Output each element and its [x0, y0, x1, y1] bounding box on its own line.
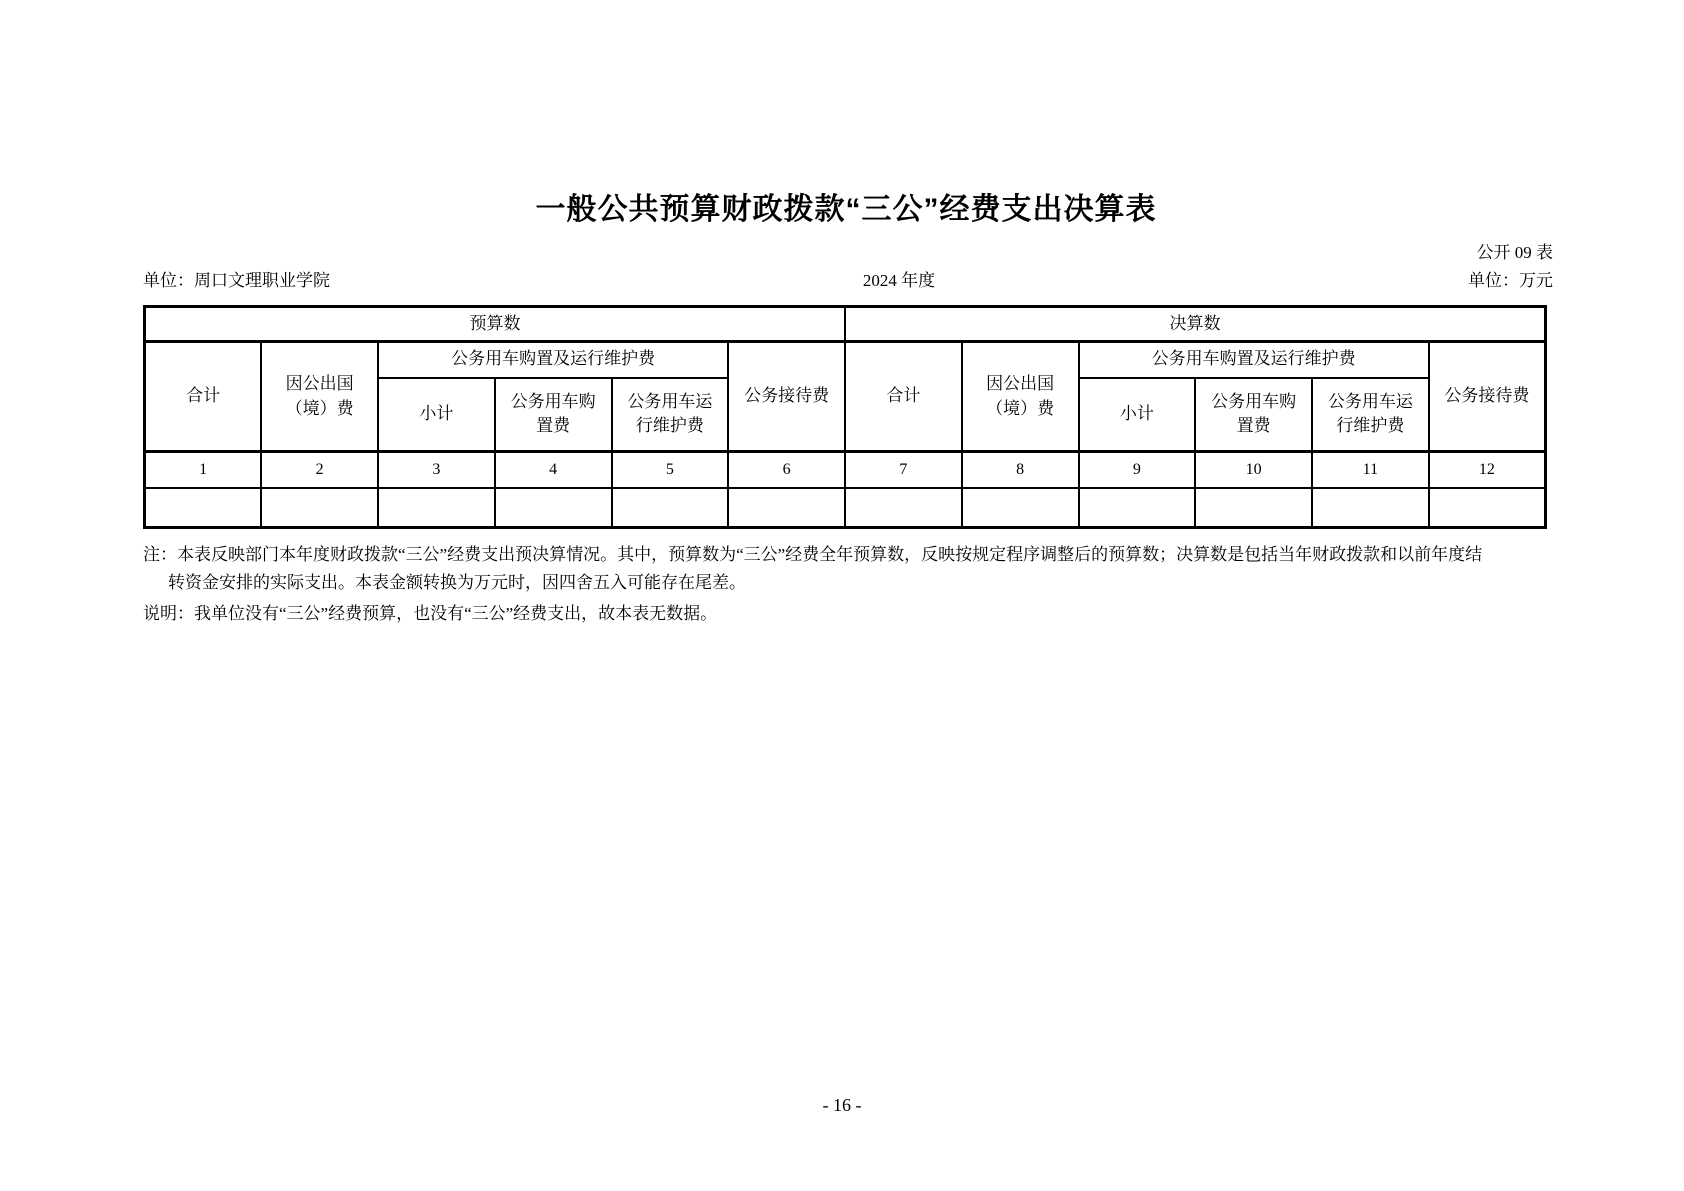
header-row-1: 合计 因公出国 （境）费 公务用车购置及运行维护费 公务接待费 合计 因公出国 … — [145, 342, 1546, 378]
col-header-budget-total: 合计 — [145, 342, 262, 452]
document-page: 一般公共预算财政拨款“三公”经费支出决算表 公开 09 表 单位：周口文理职业学… — [0, 0, 1684, 1191]
data-cell — [845, 488, 962, 528]
col-header-final-subtotal: 小计 — [1079, 378, 1196, 452]
column-number: 7 — [845, 452, 962, 488]
col-header-final-maintenance: 公务用车运 行维护费 — [1312, 378, 1429, 452]
three-public-expense-table: 预算数 决算数 合计 因公出国 （境）费 公务用车购置及运行维护费 公务接待费 … — [143, 305, 1547, 529]
col-header-budget-abroad: 因公出国 （境）费 — [261, 342, 378, 452]
data-cell — [1079, 488, 1196, 528]
data-cell — [1312, 488, 1429, 528]
data-cell — [261, 488, 378, 528]
column-number: 1 — [145, 452, 262, 488]
col-header-final-vehicle-group: 公务用车购置及运行维护费 — [1079, 342, 1429, 378]
data-cell — [378, 488, 495, 528]
data-cell — [612, 488, 729, 528]
column-number: 11 — [1312, 452, 1429, 488]
data-cell — [1429, 488, 1546, 528]
column-number: 12 — [1429, 452, 1546, 488]
meta-row: 单位：周口文理职业学院 2024 年度 单位：万元 — [143, 266, 1553, 291]
table-code: 公开 09 表 — [143, 238, 1553, 263]
column-number: 4 — [495, 452, 612, 488]
col-header-final-reception: 公务接待费 — [1429, 342, 1546, 452]
col-header-final-purchase: 公务用车购 置费 — [1195, 378, 1312, 452]
data-cell — [962, 488, 1079, 528]
col-header-final-abroad: 因公出国 （境）费 — [962, 342, 1079, 452]
column-number: 9 — [1079, 452, 1196, 488]
column-number: 2 — [261, 452, 378, 488]
group-header-row: 预算数 决算数 — [145, 307, 1546, 342]
column-number: 6 — [728, 452, 845, 488]
group-header-budget: 预算数 — [145, 307, 846, 342]
unit-name: 单位：周口文理职业学院 — [143, 266, 330, 291]
unit-measure: 单位：万元 — [1468, 266, 1553, 291]
col-header-budget-reception: 公务接待费 — [728, 342, 845, 452]
table-note-line-2: 转资金安排的实际支出。本表金额转换为万元时，因四舍五入可能存在尾差。 — [143, 569, 1559, 597]
col-header-budget-maintenance: 公务用车运 行维护费 — [612, 378, 729, 452]
column-number: 10 — [1195, 452, 1312, 488]
page-number: - 16 - — [0, 1095, 1684, 1116]
table-note: 注：本表反映部门本年度财政拨款“三公”经费支出预决算情况。其中，预算数为“三公”… — [143, 541, 1559, 597]
column-number-row: 1 2 3 4 5 6 7 8 9 10 11 12 — [145, 452, 1546, 488]
data-cell — [145, 488, 262, 528]
explanation-note: 说明：我单位没有“三公”经费预算，也没有“三公”经费支出，故本表无数据。 — [143, 600, 1559, 628]
col-header-budget-subtotal: 小计 — [378, 378, 495, 452]
fiscal-year: 2024 年度 — [863, 266, 935, 291]
col-header-final-total: 合计 — [845, 342, 962, 452]
data-cell — [495, 488, 612, 528]
column-number: 3 — [378, 452, 495, 488]
table-note-line-1: 注：本表反映部门本年度财政拨款“三公”经费支出预决算情况。其中，预算数为“三公”… — [143, 541, 1559, 569]
data-cell — [728, 488, 845, 528]
col-header-budget-purchase: 公务用车购 置费 — [495, 378, 612, 452]
data-cell — [1195, 488, 1312, 528]
column-number: 8 — [962, 452, 1079, 488]
group-header-final: 决算数 — [845, 307, 1546, 342]
page-title: 一般公共预算财政拨款“三公”经费支出决算表 — [0, 184, 1684, 228]
column-number: 5 — [612, 452, 729, 488]
data-row — [145, 488, 1546, 528]
col-header-budget-vehicle-group: 公务用车购置及运行维护费 — [378, 342, 728, 378]
